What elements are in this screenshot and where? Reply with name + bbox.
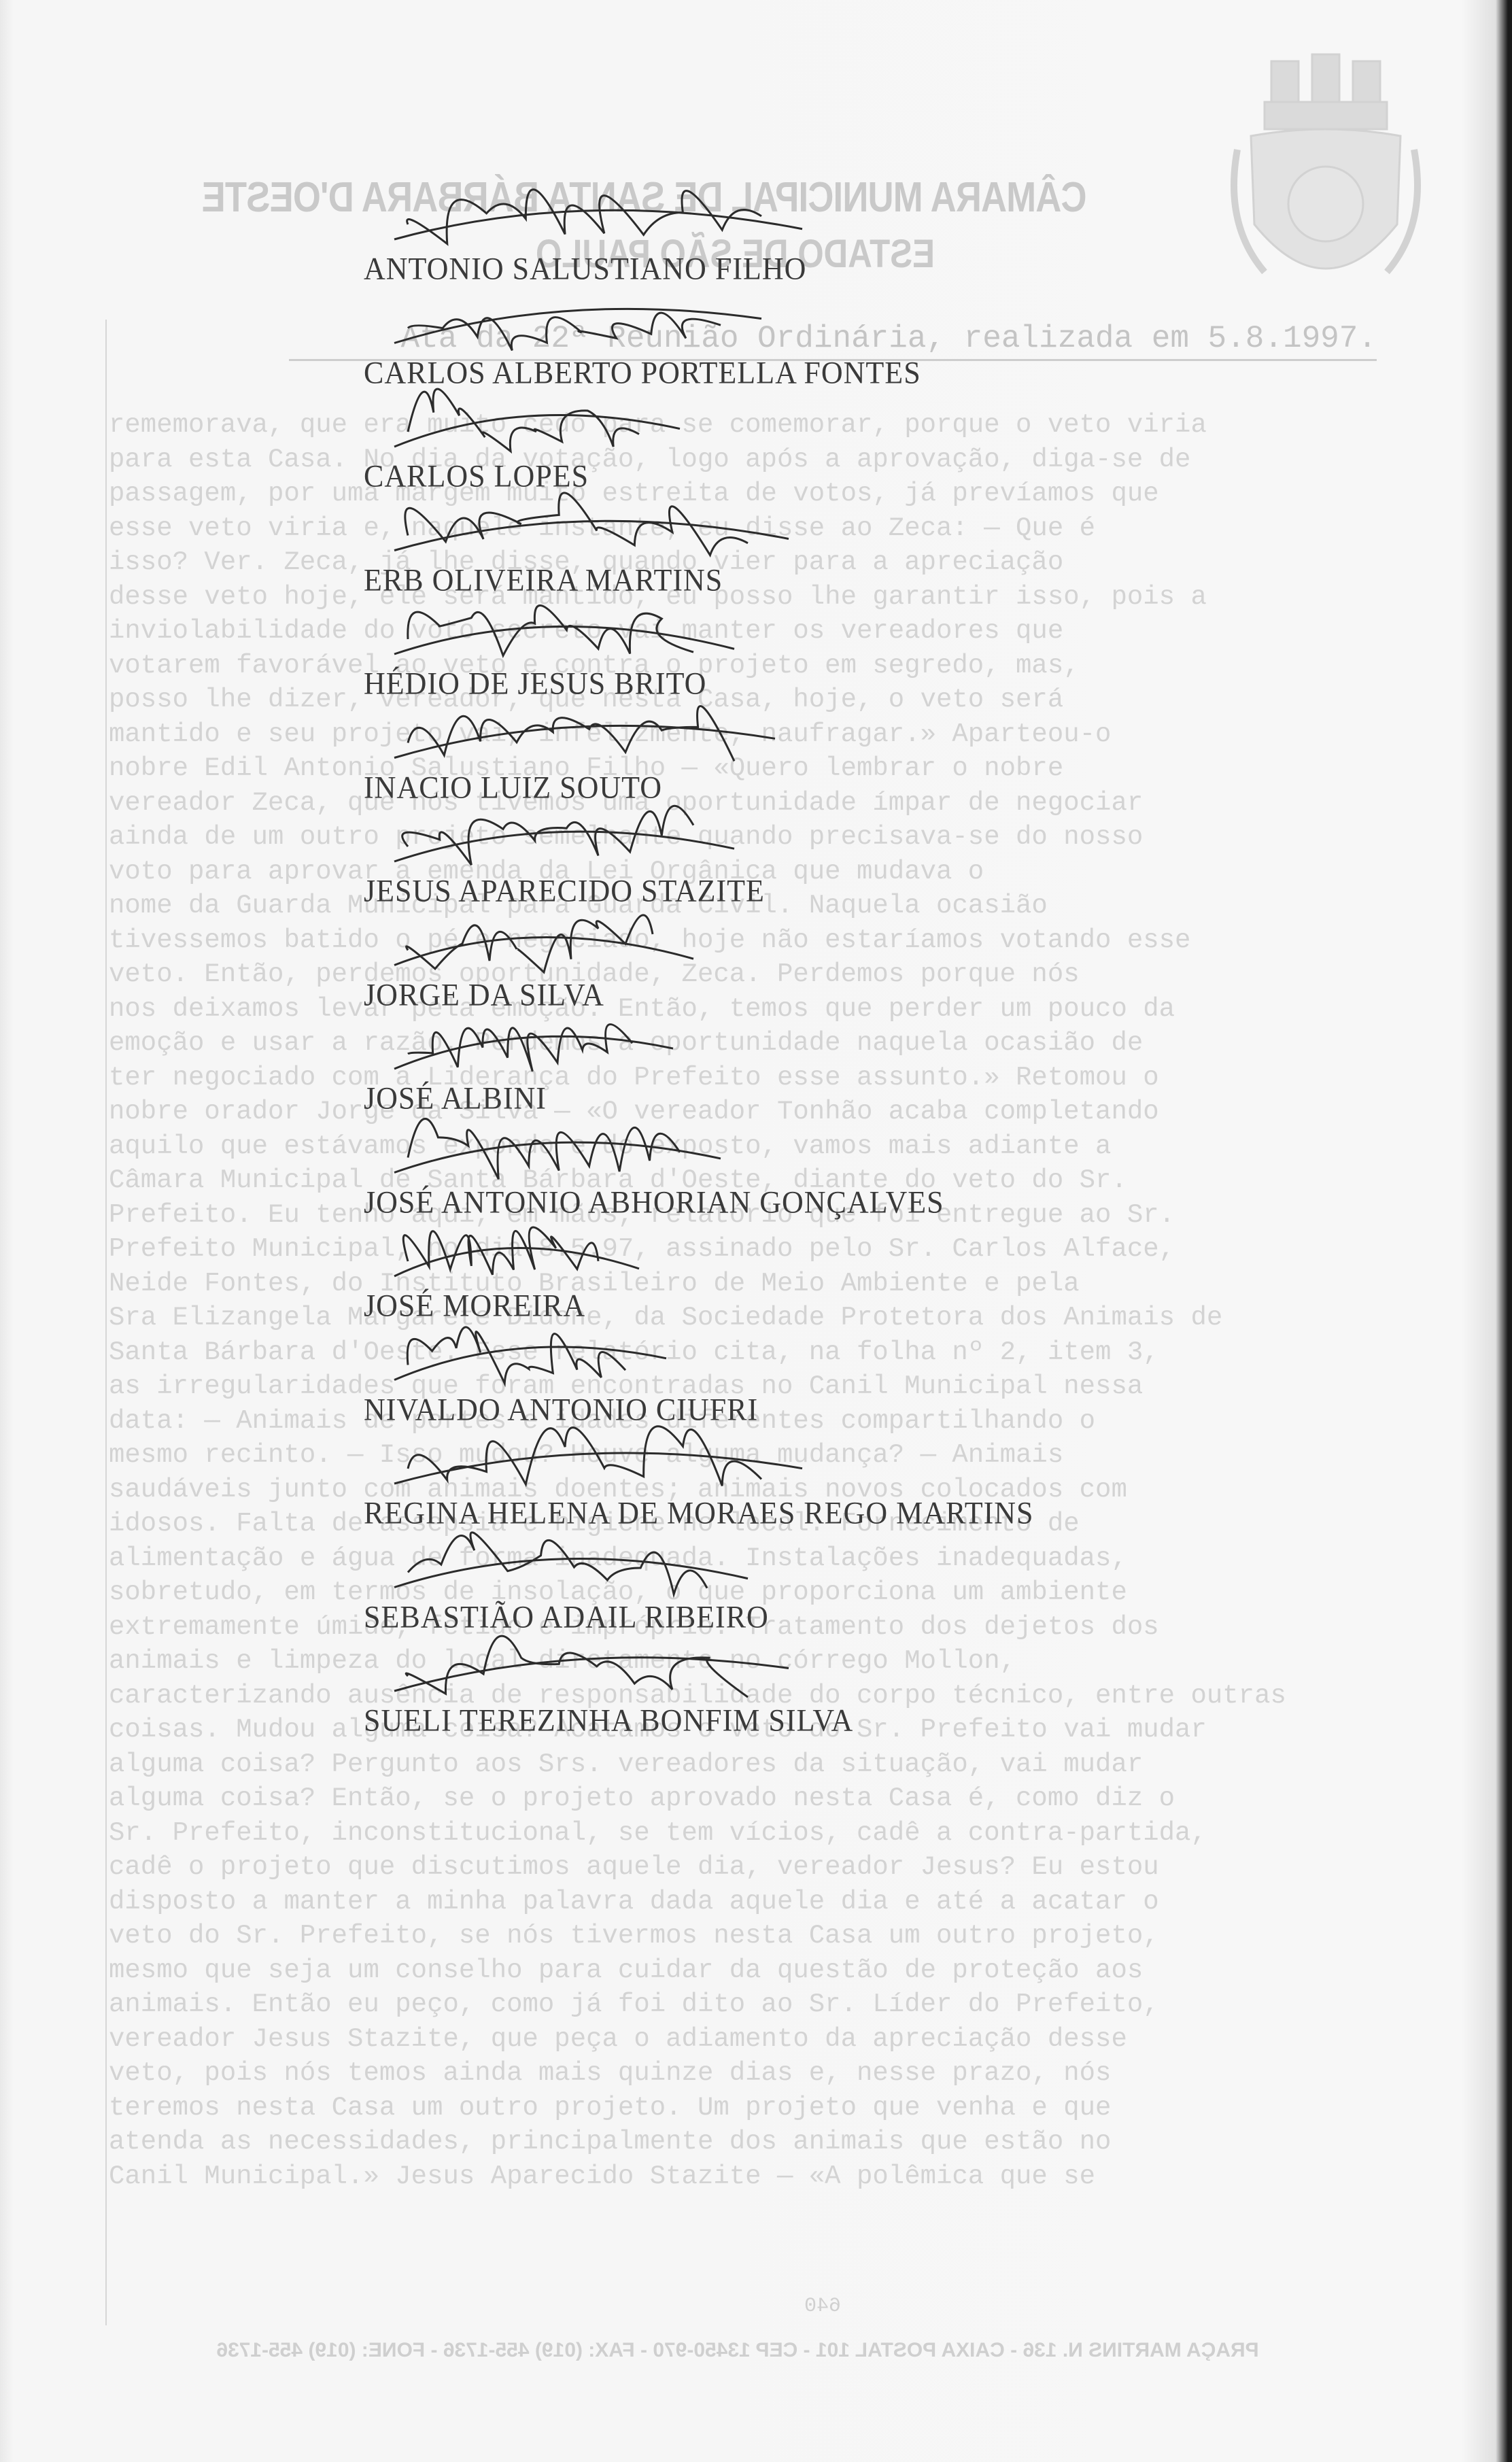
bleed-line: votarem favorável ao veto e contra o pro… <box>109 649 1360 683</box>
bleed-line: Prefeito Municipal, no dia 8.5.97, assin… <box>109 1232 1360 1267</box>
signatory-name: CARLOS ALBERTO PORTELLA FONTES <box>364 354 921 391</box>
letterhead-institution: CÂMARA MUNICIPAL DE SANTA BÁRBARA D'OEST… <box>382 173 1087 222</box>
bleed-line: veto. Então, perdemos oportunidade, Zeca… <box>109 957 1360 992</box>
bleed-line: nobre Edil Antonio Salustiano Filho — «Q… <box>109 751 1360 786</box>
bleed-line: ter negociado com a Liderança do Prefeit… <box>109 1061 1360 1095</box>
document-page: CÂMARA MUNICIPAL DE SANTA BÁRBARA D'OEST… <box>0 0 1512 2462</box>
left-margin-rule <box>105 320 107 2325</box>
bleed-line: rememorava, que era muito cedo para se c… <box>109 408 1360 443</box>
bleed-line: veto do Sr. Prefeito, se nós tivermos ne… <box>109 1919 1360 1953</box>
bleed-line: passagem, por uma margem muito estreita … <box>109 477 1360 511</box>
bleed-line: tivessemos batido o pé e negociado, hoje… <box>109 923 1360 958</box>
bleed-line: vereador Jesus Stazite, que peça o adiam… <box>109 2022 1360 2057</box>
municipal-crest-icon <box>1224 48 1428 313</box>
bleed-line: animais e limpeza do local diretamente n… <box>109 1644 1360 1679</box>
bleed-line: Sr. Prefeito, inconstitucional, se tem v… <box>109 1816 1360 1851</box>
bleed-line: cadê o projeto que discutimos aquele dia… <box>109 1850 1360 1885</box>
bleed-line: nobre orador Jorge da Silva — «O vereado… <box>109 1095 1360 1129</box>
bleed-line: isso? Ver. Zeca, já lhe disse, quando vi… <box>109 545 1360 580</box>
signatory-name: SUELI TEREZINHA BONFIM SILVA <box>364 1703 853 1739</box>
signatory-name: REGINA HELENA DE MORAES REGO MARTINS <box>364 1495 1033 1532</box>
bleed-line: disposto a manter a minha palavra dada a… <box>109 1885 1360 1919</box>
bleed-line: para esta Casa. No dia da votação, logo … <box>109 443 1360 477</box>
bleed-line: aquilo que estávamos expondo e do expost… <box>109 1129 1360 1164</box>
bleed-line: ainda de um outro projeto semelhante qua… <box>109 820 1360 855</box>
bleed-line: Canil Municipal.» Jesus Aparecido Stazit… <box>109 2159 1360 2194</box>
bleed-line: mesmo que seja um conselho para cuidar d… <box>109 1953 1360 1988</box>
bleed-line: alguma coisa? Então, se o projeto aprova… <box>109 1781 1360 1816</box>
bleed-line: desse veto hoje, ele será mantido, eu po… <box>109 580 1360 615</box>
bleed-line: mesmo recinto. — Isso mudou? Houve algum… <box>109 1438 1360 1473</box>
bleed-line: inviolabilidade do voto secreto vai mant… <box>109 614 1360 649</box>
bleed-line: teremos nesta Casa um outro projeto. Um … <box>109 2091 1360 2125</box>
bleed-line: posso lhe dizer, vereador, que nesta Cas… <box>109 683 1360 717</box>
signatory-name: JOSÉ ANTONIO ABHORIAN GONÇALVES <box>364 1184 944 1220</box>
bleed-line: veto, pois nós temos ainda mais quinze d… <box>109 2056 1360 2091</box>
signatory-name: JORGE DA SILVA <box>364 976 604 1013</box>
bleed-line: animais. Então eu peço, como já foi dito… <box>109 1987 1360 2022</box>
bleed-line: atenda as necessidades, principalmente d… <box>109 2125 1360 2159</box>
signatory-name: HÉDIO DE JESUS BRITO <box>364 666 706 702</box>
signatory-name: JOSÉ ALBINI <box>364 1080 547 1117</box>
signatory-name: NIVALDO ANTONIO CIUFRI <box>364 1391 758 1428</box>
signatory-name: JESUS APARECIDO STAZITE <box>364 873 765 910</box>
bleed-line: nos deixamos levar pela emoção. Então, t… <box>109 992 1360 1027</box>
bleed-line: vereador Zeca, que nós tivemos uma oport… <box>109 786 1360 821</box>
bleed-line: mantido e seu projeto vai, infelizmente,… <box>109 717 1360 752</box>
signatory-name: CARLOS LOPES <box>364 458 589 495</box>
signatory-name: ANTONIO SALUSTIANO FILHO <box>364 251 806 288</box>
signatory-name: JOSÉ MOREIRA <box>364 1288 585 1324</box>
bleed-line: Santa Bárbara d'Oeste. Esse relatório ci… <box>109 1335 1360 1370</box>
bleed-line: emoção e usar a razão. Perdemos a oportu… <box>109 1026 1360 1061</box>
bleed-line: alimentação e água de forma inadequada. … <box>109 1541 1360 1576</box>
page-number: 640 <box>795 2295 850 2318</box>
signatory-name: INACIO LUIZ SOUTO <box>364 769 662 806</box>
bleed-line: Sra Elizangela Margarete Didone, da Soci… <box>109 1301 1360 1335</box>
signatory-name: SEBASTIÃO ADAIL RIBEIRO <box>364 1598 769 1635</box>
bleed-line: esse veto viria e, naquele instante, eu … <box>109 511 1360 546</box>
bleed-through-text: rememorava, que era muito cedo para se c… <box>109 408 1360 2193</box>
bleed-line: Neide Fontes, do Instituto Brasileiro de… <box>109 1267 1360 1301</box>
letterhead-address: PRAÇA MARTINS N. 136 - CAIXA POSTAL 101 … <box>7 2339 1468 2362</box>
bleed-line: alguma coisa? Pergunto aos Srs. vereador… <box>109 1747 1360 1782</box>
signatory-name: ERB OLIVEIRA MARTINS <box>364 562 723 598</box>
